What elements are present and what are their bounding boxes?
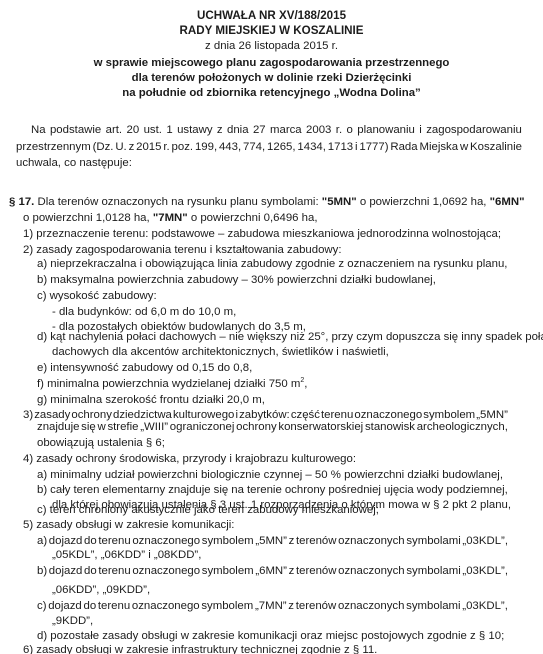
item-4c: c) teren chroniony akustycznie jako tere… xyxy=(37,504,379,516)
item-6: 6) zasady obsługi w zakresie infrastrukt… xyxy=(23,644,377,654)
item-2e: e) intensywność zabudowy od 0,15 do 0,8, xyxy=(37,362,252,374)
item-2g: g) minimalna szerokość frontu działki 20… xyxy=(37,394,265,406)
preamble-line-3: uchwala, co następuje: xyxy=(16,157,132,169)
item-3-line-1: 3)zasadyochronydziedzictwakulturowegoiza… xyxy=(23,409,508,421)
subject-line-1: w sprawie miejscowego planu zagospodarow… xyxy=(0,57,543,69)
item-3-line-3: obowiązują ustalenia § 6; xyxy=(37,437,165,449)
item-5a-line-1: a)dojazddoterenuoznaczonegosymbolem„5MN”… xyxy=(37,535,508,547)
item-2d-line-1: d) kąt nachylenia połaci dachowych – nie… xyxy=(37,331,543,343)
item-5b-line-1: b)dojazddoterenuoznaczonegosymbolem„6MN”… xyxy=(37,565,508,577)
section-intro-line-2: o powierzchni 1,0128 ha, "7MN" o powierz… xyxy=(23,212,318,224)
item-1: 1) przeznaczenie terenu: podstawowe – za… xyxy=(23,228,501,240)
resolution-date: z dnia 26 listopada 2015 r. xyxy=(0,40,543,52)
symbol-6mn: "6MN" xyxy=(490,196,525,208)
item-2d-line-2: dachowych dla akcentów architektonicznyc… xyxy=(52,346,389,358)
preamble-line-2: przestrzennym(Dz.U.z2015r.poz.199,443,77… xyxy=(16,141,522,153)
preamble-line-1: Napodstawieart.20ust.1ustawyzdnia27marca… xyxy=(31,124,522,136)
symbol-7mn: "7MN" xyxy=(153,212,188,224)
item-2a: a) nieprzekraczalna i obowiązująca linia… xyxy=(37,258,507,270)
item-5: 5) zasady obsługi w zakresie komunikacji… xyxy=(23,519,234,531)
item-4a: a) minimalny udział powierzchni biologic… xyxy=(37,469,503,481)
item-5c-line-1: c)dojazddoterenuoznaczonegosymbolem„7MN”… xyxy=(37,600,508,612)
section-number: § 17. xyxy=(9,196,34,208)
subject-line-3: na południe od zbiornika retencyjnego „W… xyxy=(0,87,543,99)
subject-line-2: dla terenów położonych w dolinie rzeki D… xyxy=(0,72,543,84)
item-5b-line-2: „06KDD”, „09KDD”, xyxy=(52,584,150,596)
symbol-5mn: "5MN" xyxy=(322,196,357,208)
item-2c: c) wysokość zabudowy: xyxy=(37,290,157,302)
resolution-issuer: RADY MIEJSKIEJ W KOSZALINIE xyxy=(0,24,543,37)
item-5d: d) pozostałe zasady obsługi w zakresie k… xyxy=(37,630,504,642)
resolution-title: UCHWAŁA NR XV/188/2015 xyxy=(0,9,543,22)
item-3-line-2: znajdujesięwstrefie„WIII”ograniczonejoch… xyxy=(37,421,508,433)
item-2: 2) zasady zagospodarowania terenu i kszt… xyxy=(23,244,342,256)
item-5a-line-2: „05KDL”, „06KDD” i „08KDD”, xyxy=(52,549,201,561)
item-2f: f) minimalna powierzchnia wydzielanej dz… xyxy=(37,378,307,390)
item-2c-1: - dla budynków: od 6,0 m do 10,0 m, xyxy=(52,306,236,318)
item-4b-line-1: b)całyterenelementarnyznajdujesięnateren… xyxy=(37,484,508,496)
item-5c-line-2: „9KDD”, xyxy=(52,615,93,627)
section-intro-line-1: § 17. Dla terenów oznaczonych na rysunku… xyxy=(9,196,508,208)
item-2b: b) maksymalna powierzchnia zabudowy – 30… xyxy=(37,274,436,286)
item-4: 4) zasady ochrony środowiska, przyrody i… xyxy=(23,453,356,465)
document-page: UCHWAŁA NR XV/188/2015 RADY MIEJSKIEJ W … xyxy=(0,0,543,654)
